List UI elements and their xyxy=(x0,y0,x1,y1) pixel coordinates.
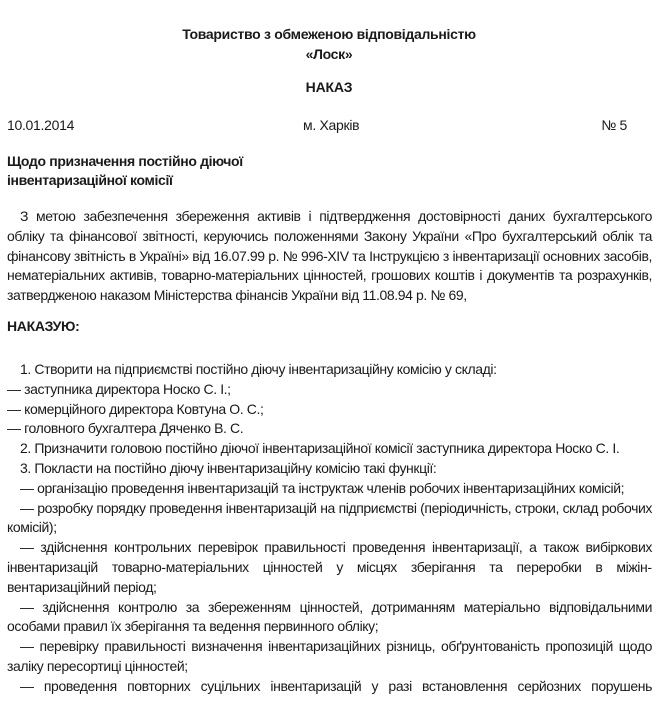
function-item: — перевірку правильності визначення інве… xyxy=(7,637,652,677)
member-item: — комерційного директора Ковтуна О. С.; xyxy=(7,400,652,420)
organization-name-line1: Товариство з обмеженою відповідальністю xyxy=(0,24,658,44)
item-1: 1. Створити на підприємстві постійно дію… xyxy=(7,360,652,380)
subject-line2: інвентаризаційної комісії xyxy=(7,171,243,190)
preamble-section: З метою забезпечення збереження активів … xyxy=(7,207,652,306)
document-city: м. Харків xyxy=(303,117,359,133)
organization-name-line2: «Лоск» xyxy=(0,44,658,64)
subject-line1: Щодо призначення постійно діючої xyxy=(7,152,243,171)
document-title: НАКАЗ xyxy=(0,79,658,95)
function-item: — організацію проведення інвентаризацій … xyxy=(7,479,652,499)
document-number: № 5 xyxy=(601,117,627,133)
order-word: НАКАЗУЮ: xyxy=(7,318,80,334)
document-meta: 10.01.2014 м. Харків № 5 xyxy=(7,117,651,137)
document-subject: Щодо призначення постійно діючої інвента… xyxy=(7,152,243,190)
order-items: 1. Створити на підприємстві постійно дію… xyxy=(7,360,652,697)
organization-name: Товариство з обмеженою відповідальністю … xyxy=(0,24,658,64)
function-item: — проведення повторних суцільних інвента… xyxy=(7,677,652,697)
item-2: 2. Призначити головою постійно діючої ін… xyxy=(7,439,652,459)
preamble-paragraph: З метою забезпечення збереження активів … xyxy=(7,207,652,306)
document-date: 10.01.2014 xyxy=(7,117,74,133)
item-3: 3. Покласти на постійно діючу інвентариз… xyxy=(7,459,652,479)
function-item: — розробку порядку проведення інвентариз… xyxy=(7,499,652,539)
order-document: Товариство з обмеженою відповідальністю … xyxy=(0,0,658,703)
function-item: — здійснення контрольних перевірок прави… xyxy=(7,538,652,597)
function-item: — здійснення контролю за збереженням цін… xyxy=(7,598,652,638)
member-item: — заступника директора Носко С. І.; xyxy=(7,380,652,400)
member-item: — головного бухгалтера Дяченко В. С. xyxy=(7,419,652,439)
